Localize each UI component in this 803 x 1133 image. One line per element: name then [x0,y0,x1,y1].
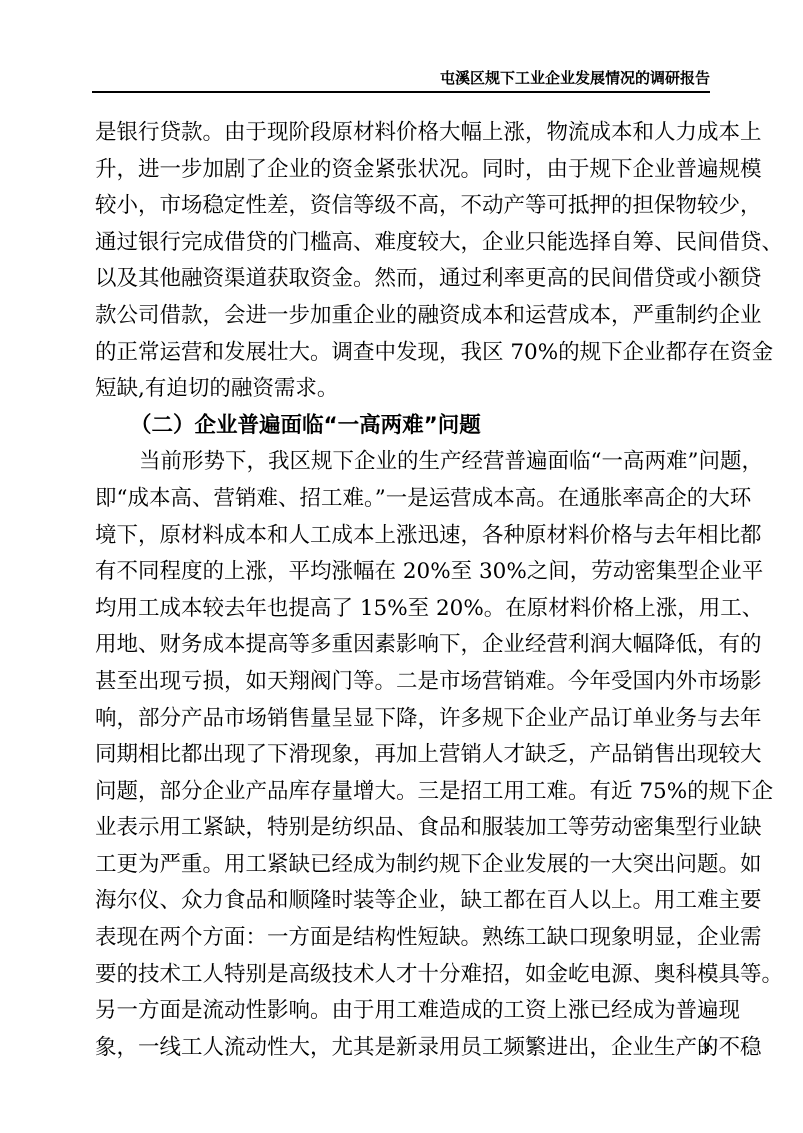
paragraph-line: 象，一线工人流动性大，尤其是新录用员工频繁进出，企业生产的不稳 [95,1030,710,1067]
paragraph-line: 另一方面是流动性影响。由于用工难造成的工资上涨已经成为普遍现 [95,993,710,1030]
paragraph-line: 即“成本高、营销难、招工难。”一是运营成本高。在通胀率高企的大环 [95,481,710,518]
paragraph-line: 的正常运营和发展壮大。调查中发现，我区 70%的规下企业都存在资金 [95,335,710,372]
body-text: 是银行贷款。由于现阶段原材料价格大幅上涨，物流成本和人力成本上 升，进一步加剧了… [95,115,710,1066]
paragraph-line: 以及其他融资渠道获取资金。然而，通过利率更高的民间借贷或小额贷 [95,261,710,298]
document-page: 屯溪区规下工业企业发展情况的调研报告 是银行贷款。由于现阶段原材料价格大幅上涨，… [0,0,803,1133]
paragraph-line: 通过银行完成借贷的门槛高、难度较大，企业只能选择自筹、民间借贷、 [95,225,710,262]
paragraph-line: 甚至出现亏损，如天翔阀门等。二是市场营销难。今年受国内外市场影 [95,664,710,701]
paragraph-line: 海尔仪、众力食品和顺隆时装等企业，缺工都在百人以上。用工难主要 [95,883,710,920]
paragraph-line: 要的技术工人特别是高级技术人才十分难招，如金屹电源、奥科模具等。 [95,957,710,994]
paragraph-line: 有不同程度的上涨，平均涨幅在 20%至 30%之间，劳动密集型企业平 [95,554,710,591]
section-heading: （二）企业普遍面临“一高两难”问题 [95,408,710,445]
paragraph-line: 问题，部分企业产品库存量增大。三是招工用工难。有近 75%的规下企 [95,774,710,811]
paragraph-line: 用地、财务成本提高等多重因素影响下，企业经营利润大幅降低，有的 [95,627,710,664]
paragraph-line: 表现在两个方面：一方面是结构性短缺。熟练工缺口现象明显，企业需 [95,920,710,957]
paragraph-line: 业表示用工紧缺，特别是纺织品、食品和服装加工等劳动密集型行业缺 [95,810,710,847]
paragraph-line: 短缺,有迫切的融资需求。 [95,371,710,408]
paragraph-line: 工更为严重。用工紧缺已经成为制约规下企业发展的一大突出问题。如 [95,847,710,884]
page-number: 3 [690,1040,710,1058]
header-rule [92,91,710,93]
paragraph-line: 均用工成本较去年也提高了 15%至 20%。在原材料价格上涨，用工、 [95,591,710,628]
paragraph-line: 境下，原材料成本和人工成本上涨迅速，各种原材料价格与去年相比都 [95,518,710,555]
paragraph-line: 是银行贷款。由于现阶段原材料价格大幅上涨，物流成本和人力成本上 [95,115,710,152]
paragraph-line: 同期相比都出现了下滑现象，再加上营销人才缺乏，产品销售出现较大 [95,737,710,774]
paragraph-line: 款公司借款，会进一步加重企业的融资成本和运营成本，严重制约企业 [95,298,710,335]
paragraph-line: 升，进一步加剧了企业的资金紧张状况。同时，由于规下企业普遍规模 [95,152,710,189]
paragraph-line: 响，部分产品市场销售量呈显下降，许多规下企业产品订单业务与去年 [95,701,710,738]
paragraph-line: 当前形势下，我区规下企业的生产经营普遍面临“一高两难”问题， [95,444,710,481]
running-header-title: 屯溪区规下工业企业发展情况的调研报告 [92,66,710,90]
paragraph-line: 较小，市场稳定性差，资信等级不高，不动产等可抵押的担保物较少， [95,188,710,225]
